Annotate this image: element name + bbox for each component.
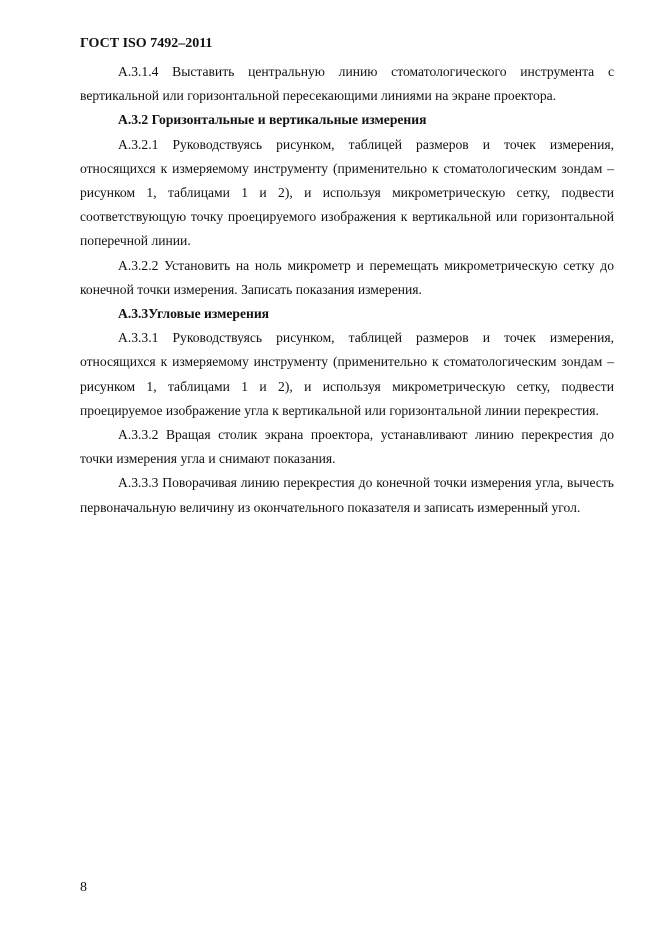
clause-a-3-3-1: A.3.3.1 Руководствуясь рисунком, таблице… [80, 326, 614, 423]
page-number: 8 [80, 880, 87, 896]
section-heading-a-3-2: A.3.2 Горизонтальные и вертикальные изме… [80, 108, 614, 132]
clause-a-3-1-4: A.3.1.4 Выставить центральную линию стом… [80, 60, 614, 108]
clause-a-3-2-1: A.3.2.1 Руководствуясь рисунком, таблице… [80, 133, 614, 254]
section-heading-a-3-3: A.3.3Угловые измерения [80, 302, 614, 326]
clause-a-3-2-2: A.3.2.2 Установить на ноль микрометр и п… [80, 254, 614, 302]
document-header: ГОСТ ISO 7492–2011 [80, 36, 212, 52]
clause-a-3-3-3: A.3.3.3 Поворачивая линию перекрестия до… [80, 471, 614, 519]
clause-a-3-3-2: A.3.3.2 Вращая столик экрана проектора, … [80, 423, 614, 471]
document-body: A.3.1.4 Выставить центральную линию стом… [80, 60, 614, 520]
